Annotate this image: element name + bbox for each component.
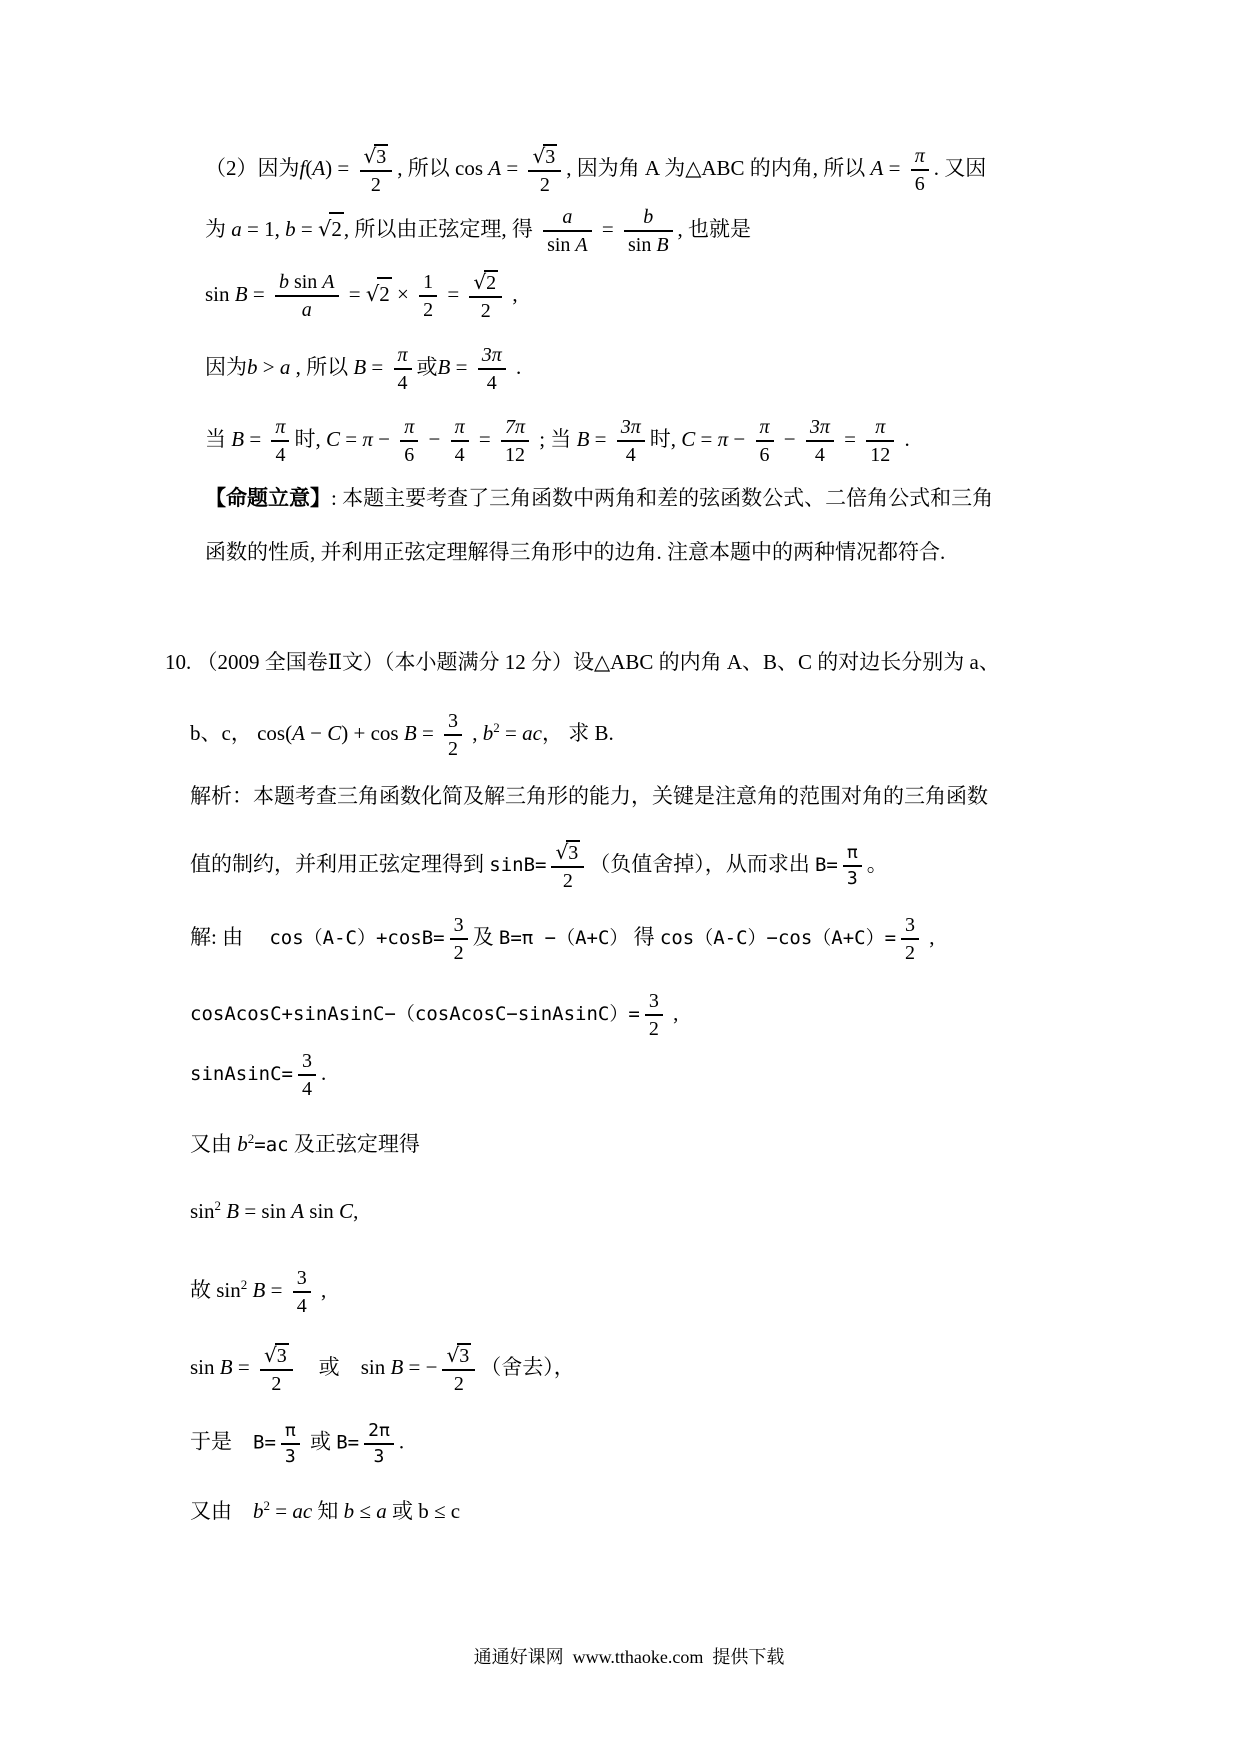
sqrt-expression: √3 bbox=[264, 1345, 289, 1367]
text-segment: 值的制约，并利用正弦定理得到 bbox=[190, 852, 489, 876]
fraction: π6 bbox=[400, 415, 418, 467]
text-segment: , bbox=[353, 1199, 358, 1223]
sqrt-expression: √3 bbox=[532, 146, 557, 168]
text-segment: . bbox=[511, 355, 522, 379]
text-segment: = bbox=[233, 1355, 255, 1379]
fraction: π6 bbox=[756, 415, 774, 467]
fraction-numerator: 3 bbox=[298, 1049, 316, 1074]
text-segment: A bbox=[312, 156, 325, 180]
text-segment: sin bbox=[216, 1278, 241, 1302]
text-segment: b ≤ c bbox=[418, 1499, 460, 1523]
text-segment: , 所以 bbox=[290, 355, 353, 379]
text-segment: sin bbox=[190, 1355, 220, 1379]
fraction: 3π4 bbox=[478, 343, 506, 395]
text-segment: ac bbox=[522, 721, 542, 745]
text-segment: A bbox=[871, 156, 884, 180]
text-segment: = bbox=[248, 282, 270, 306]
text-segment: 及正弦定理得 bbox=[289, 1132, 420, 1156]
text-segment: 时, bbox=[650, 427, 682, 451]
text-segment: B bbox=[656, 234, 668, 256]
text-segment: b bbox=[279, 271, 289, 293]
fraction: √32 bbox=[260, 1342, 293, 1396]
text-segment: cos（A-C）+cosB= bbox=[269, 927, 444, 949]
fraction-numerator: π bbox=[394, 343, 412, 368]
radicand: 3 bbox=[374, 144, 388, 168]
fraction: b sin Aa bbox=[275, 270, 339, 322]
text-segment: = bbox=[417, 721, 439, 745]
text-segment: b bbox=[344, 1499, 355, 1523]
text-segment: C bbox=[681, 427, 695, 451]
text-segment: 又由 bbox=[190, 1132, 237, 1156]
text-segment: 当 bbox=[205, 427, 231, 451]
fraction-numerator: 3π bbox=[478, 343, 506, 368]
document-line: 因为b > a , 所以 B = π4或B = 3π4 . bbox=[205, 343, 1120, 395]
text-segment: 知 bbox=[312, 1499, 344, 1523]
fraction-denominator: 4 bbox=[451, 442, 469, 467]
radicand: 3 bbox=[275, 1343, 289, 1367]
fraction-numerator: √2 bbox=[469, 269, 502, 296]
document-line: （2）因为f(A) = √32, 所以 cos A = √32, 因为角 A 为… bbox=[205, 143, 1120, 197]
fraction: 3π4 bbox=[617, 415, 645, 467]
fraction: 7π12 bbox=[501, 415, 529, 467]
fraction-numerator: √3 bbox=[442, 1342, 475, 1369]
text-segment: a bbox=[562, 206, 572, 228]
text-segment: A bbox=[291, 1199, 304, 1223]
text-segment: B= bbox=[815, 854, 838, 876]
text-segment: ≤ bbox=[354, 1499, 376, 1523]
document-line: 解: 由 cos（A-C）+cosB=32及 B=π −（A+C） 得 cos（… bbox=[190, 913, 1120, 965]
fraction: √32 bbox=[360, 143, 393, 197]
text-segment: b bbox=[253, 1499, 264, 1523]
text-segment: , bbox=[507, 282, 518, 306]
text-segment: cos（A-C）−cos（A+C）= bbox=[660, 927, 896, 949]
fraction-denominator: 2 bbox=[645, 1016, 663, 1041]
text-segment: cos bbox=[455, 156, 488, 180]
fraction-denominator: 4 bbox=[622, 442, 640, 467]
text-segment: , bbox=[924, 925, 935, 949]
fraction-denominator: 2 bbox=[367, 172, 385, 197]
fraction-numerator: π bbox=[281, 1420, 300, 1443]
text-segment: sin bbox=[289, 271, 322, 293]
text-segment: , 也就是 bbox=[678, 217, 752, 241]
text-segment: a bbox=[280, 355, 291, 379]
fraction-denominator: 4 bbox=[298, 1076, 316, 1101]
text-segment: 10. （2009 全国卷Ⅱ文）（本小题满分 12 分）设△ABC 的内角 A、… bbox=[165, 650, 1000, 674]
sqrt-expression: √3 bbox=[446, 1345, 471, 1367]
text-segment: = bbox=[340, 427, 362, 451]
fraction: √22 bbox=[469, 269, 502, 323]
document-line: 解析：本题考查三角函数化简及解三角形的能力，关键是注意角的范围对角的三角函数 bbox=[190, 781, 1120, 811]
fraction-denominator: 4 bbox=[271, 442, 289, 467]
text-segment: = bbox=[501, 156, 523, 180]
fraction-numerator: 3 bbox=[450, 913, 468, 938]
fraction-denominator: 3 bbox=[843, 867, 862, 890]
text-segment: 为 bbox=[205, 217, 231, 241]
text-segment: ; 当 bbox=[534, 427, 577, 451]
fraction-denominator: 2 bbox=[450, 940, 468, 965]
text-segment: × bbox=[392, 282, 414, 306]
fraction-numerator: 1 bbox=[419, 270, 437, 295]
fraction-denominator: 2 bbox=[477, 298, 495, 323]
fraction: 32 bbox=[901, 913, 919, 965]
radicand: 2 bbox=[377, 277, 392, 309]
document-line: sin2 B = sin A sin C, bbox=[190, 1196, 1120, 1226]
fraction-denominator: 6 bbox=[911, 171, 929, 196]
text-segment: = 1, bbox=[242, 217, 285, 241]
text-segment: sin bbox=[628, 234, 656, 256]
fraction-denominator: 2 bbox=[536, 172, 554, 197]
text-segment: = bbox=[244, 427, 266, 451]
text-segment: = bbox=[366, 355, 388, 379]
document-page: （2）因为f(A) = √32, 所以 cos A = √32, 因为角 A 为… bbox=[0, 0, 1240, 1754]
fraction-denominator: 6 bbox=[756, 442, 774, 467]
fraction-denominator: 12 bbox=[501, 442, 529, 467]
text-segment: a bbox=[302, 299, 312, 321]
text-segment: B bbox=[221, 1199, 239, 1223]
fraction-denominator: a bbox=[298, 297, 316, 322]
radicand: 2 bbox=[484, 270, 498, 294]
radicand: 2 bbox=[329, 212, 344, 244]
footer-text: 通通好课网 www.tthaoke.com 提供下载 bbox=[474, 1647, 785, 1667]
fraction-numerator: 3 bbox=[293, 1266, 311, 1291]
text-segment: = bbox=[695, 427, 717, 451]
emphasis-text: 【命题立意】 bbox=[205, 486, 331, 510]
text-segment: − bbox=[373, 427, 395, 451]
fraction: bsin B bbox=[624, 205, 673, 257]
text-segment: , bbox=[668, 1001, 679, 1025]
text-segment: ac bbox=[292, 1499, 312, 1523]
document-line: sin B = b sin Aa = √2 × 12 = √22 , bbox=[205, 269, 1120, 323]
fraction-numerator: b sin A bbox=[275, 270, 339, 295]
fraction: π3 bbox=[281, 1420, 300, 1468]
sqrt-expression: √2 bbox=[318, 217, 344, 241]
fraction: π4 bbox=[394, 343, 412, 395]
document-line: sin B = √32 或 sin B = −√32（舍去）， bbox=[190, 1342, 1120, 1396]
text-segment: 函数的性质, 并利用正弦定理解得三角形中的边角. 注意本题中的两种情况都符合. bbox=[205, 540, 945, 564]
text-segment: = bbox=[500, 721, 522, 745]
text-segment: B=π −（A+C） bbox=[499, 927, 629, 949]
fraction-numerator: a bbox=[558, 205, 576, 230]
fraction-numerator: π bbox=[400, 415, 418, 440]
text-segment: B bbox=[353, 355, 366, 379]
fraction: 12 bbox=[419, 270, 437, 322]
text-segment: a bbox=[231, 217, 242, 241]
text-segment: , 所以 bbox=[397, 156, 455, 180]
text-segment: sin bbox=[361, 1355, 391, 1379]
fraction-numerator: √3 bbox=[360, 143, 393, 170]
text-segment: − bbox=[305, 721, 327, 745]
text-segment: ) + cos bbox=[341, 721, 404, 745]
text-segment: C bbox=[339, 1199, 353, 1223]
text-segment: =ac bbox=[254, 1134, 288, 1156]
document-line: 【命题立意】: 本题主要考查了三角函数中两角和差的弦函数公式、二倍角公式和三角 bbox=[205, 483, 1120, 513]
fraction: 34 bbox=[298, 1049, 316, 1101]
text-segment: cos( bbox=[257, 721, 292, 745]
text-segment: = bbox=[265, 1278, 287, 1302]
fraction-denominator: 12 bbox=[866, 442, 894, 467]
fraction-denominator: 6 bbox=[400, 442, 418, 467]
sqrt-expression: √2 bbox=[473, 272, 498, 294]
text-segment: cosAcosC+sinAsinC−（cosAcosC−sinAsinC）= bbox=[190, 1003, 640, 1025]
sqrt-expression: √3 bbox=[555, 842, 580, 864]
document-line: 10. （2009 全国卷Ⅱ文）（本小题满分 12 分）设△ABC 的内角 A、… bbox=[165, 647, 1120, 677]
fraction-numerator: π bbox=[271, 415, 289, 440]
fraction-denominator: 3 bbox=[370, 1445, 389, 1468]
text-segment: sin bbox=[190, 1199, 215, 1223]
text-segment: b、c， bbox=[190, 721, 257, 745]
fraction: asin A bbox=[543, 205, 592, 257]
text-segment: = bbox=[270, 1499, 292, 1523]
document-line: 为 a = 1, b = √2, 所以由正弦定理, 得 asin A = bsi… bbox=[205, 205, 1120, 257]
fraction-denominator: 4 bbox=[811, 442, 829, 467]
fraction-denominator: 2 bbox=[419, 297, 437, 322]
text-segment: 于是 bbox=[190, 1430, 253, 1454]
document-line: 故 sin2 B = 34 , bbox=[190, 1266, 1120, 1318]
fraction: π3 bbox=[843, 842, 862, 890]
fraction-numerator: π bbox=[451, 415, 469, 440]
text-segment: = bbox=[597, 217, 619, 241]
fraction-denominator: sin B bbox=[624, 232, 673, 257]
fraction: 3π4 bbox=[806, 415, 834, 467]
text-segment: B bbox=[247, 1278, 265, 1302]
document-line: 函数的性质, 并利用正弦定理解得三角形中的边角. 注意本题中的两种情况都符合. bbox=[205, 537, 1120, 567]
fraction: 32 bbox=[450, 913, 468, 965]
text-segment: = bbox=[442, 282, 464, 306]
text-segment: b bbox=[285, 217, 296, 241]
text-segment: A bbox=[292, 721, 305, 745]
text-segment: . bbox=[321, 1061, 326, 1085]
fraction: √32 bbox=[528, 143, 561, 197]
document-line: 于是 B=π3 或 B=2π3. bbox=[190, 1420, 1120, 1468]
fraction-numerator: 3π bbox=[806, 415, 834, 440]
text-segment: − bbox=[728, 427, 750, 451]
fraction-numerator: √3 bbox=[260, 1342, 293, 1369]
text-segment: , bbox=[316, 1278, 327, 1302]
text-segment: B= bbox=[336, 1432, 359, 1454]
text-segment: ， 求 B. bbox=[542, 721, 614, 745]
text-segment: （2）因为 bbox=[205, 156, 300, 180]
fraction-denominator: 3 bbox=[281, 1445, 300, 1468]
text-segment: 解析：本题考查三角函数化简及解三角形的能力，关键是注意角的范围对角的三角函数 bbox=[190, 784, 988, 808]
fraction: 32 bbox=[645, 989, 663, 1041]
document-line: cosAcosC+sinAsinC−（cosAcosC−sinAsinC）=32… bbox=[190, 989, 1120, 1041]
text-segment: = bbox=[344, 282, 366, 306]
text-segment: C bbox=[326, 427, 340, 451]
radicand: 3 bbox=[457, 1343, 471, 1367]
fraction-denominator: 2 bbox=[450, 1371, 468, 1396]
document-line: b、c， cos(A − C) + cos B = 32 , b2 = ac， … bbox=[190, 709, 1120, 761]
fraction-numerator: π bbox=[871, 415, 889, 440]
text-segment: sin bbox=[205, 282, 235, 306]
text-segment: 解: 由 bbox=[190, 925, 269, 949]
fraction-numerator: π bbox=[843, 842, 862, 865]
text-segment: 时, bbox=[294, 427, 326, 451]
fraction-numerator: 2π bbox=[364, 1420, 394, 1443]
document-line: 又由 b2 = ac 知 b ≤ a 或 b ≤ c bbox=[190, 1496, 1120, 1526]
text-segment: C bbox=[327, 721, 341, 745]
fraction-denominator: 4 bbox=[293, 1293, 311, 1318]
fraction-numerator: 3 bbox=[444, 709, 462, 734]
text-segment: > bbox=[258, 355, 280, 379]
fraction-numerator: 3 bbox=[645, 989, 663, 1014]
text-segment: sin bbox=[547, 234, 575, 256]
text-segment: B bbox=[438, 355, 451, 379]
fraction-numerator: 3 bbox=[901, 913, 919, 938]
fraction-numerator: √3 bbox=[528, 143, 561, 170]
text-segment: : 本题主要考查了三角函数中两角和差的弦函数公式、二倍角公式和三角 bbox=[331, 486, 993, 510]
text-segment: − bbox=[779, 427, 801, 451]
text-segment: B bbox=[577, 427, 590, 451]
text-segment: , 所以由正弦定理, 得 bbox=[344, 217, 538, 241]
fraction: 2π3 bbox=[364, 1420, 394, 1468]
fraction: 32 bbox=[444, 709, 462, 761]
text-segment: , bbox=[467, 721, 483, 745]
fraction: √32 bbox=[442, 1342, 475, 1396]
text-segment: . 又因 bbox=[934, 156, 987, 180]
fraction: √32 bbox=[551, 839, 584, 893]
text-segment: 及 bbox=[473, 925, 499, 949]
text-segment: B bbox=[235, 282, 248, 306]
document-line: 当 B = π4时, C = π − π6 − π4 = 7π12 ; 当 B … bbox=[205, 415, 1120, 467]
text-segment: . bbox=[899, 427, 910, 451]
text-segment: π bbox=[362, 427, 373, 451]
text-segment: 。 bbox=[867, 852, 888, 876]
text-segment: b bbox=[483, 721, 494, 745]
text-segment: B= bbox=[253, 1432, 276, 1454]
text-segment: B bbox=[404, 721, 417, 745]
text-segment: a bbox=[376, 1499, 387, 1523]
document-line: 值的制约，并利用正弦定理得到 sinB=√32（负值舍掉），从而求出 B=π3。 bbox=[190, 839, 1120, 893]
text-segment: 因为 bbox=[205, 355, 247, 379]
text-segment: 故 bbox=[190, 1278, 216, 1302]
text-segment: = sin bbox=[239, 1199, 291, 1223]
fraction: π6 bbox=[911, 144, 929, 196]
text-segment: B bbox=[220, 1355, 233, 1379]
fraction-denominator: 2 bbox=[559, 868, 577, 893]
fraction-numerator: b bbox=[639, 205, 657, 230]
fraction: 34 bbox=[293, 1266, 311, 1318]
fraction-numerator: π bbox=[756, 415, 774, 440]
fraction: π4 bbox=[451, 415, 469, 467]
text-segment: 得 bbox=[628, 925, 660, 949]
fraction-denominator: 2 bbox=[267, 1371, 285, 1396]
text-segment: = bbox=[589, 427, 611, 451]
text-segment: sinB= bbox=[489, 854, 546, 876]
sqrt-expression: √2 bbox=[366, 282, 392, 306]
text-segment: A bbox=[488, 156, 501, 180]
text-segment: . bbox=[399, 1430, 404, 1454]
fraction-numerator: √3 bbox=[551, 839, 584, 866]
fraction-denominator: sin A bbox=[543, 232, 592, 257]
fraction-numerator: 3π bbox=[617, 415, 645, 440]
text-segment: A bbox=[322, 271, 334, 293]
document-line: 又由 b2=ac 及正弦定理得 bbox=[190, 1129, 1120, 1160]
fraction-denominator: 2 bbox=[901, 940, 919, 965]
fraction-denominator: 2 bbox=[444, 736, 462, 761]
text-segment: ) = bbox=[325, 156, 354, 180]
text-segment: 又由 bbox=[190, 1499, 253, 1523]
fraction-denominator: 4 bbox=[394, 370, 412, 395]
text-segment: sin bbox=[304, 1199, 339, 1223]
text-segment: 或 bbox=[387, 1499, 419, 1523]
fraction-numerator: π bbox=[911, 144, 929, 169]
text-segment: , 因为角 A 为△ABC 的内角, 所以 bbox=[566, 156, 870, 180]
text-segment: （负值舍掉），从而求出 bbox=[589, 852, 815, 876]
text-segment: 或 bbox=[305, 1430, 337, 1454]
text-segment: 或 bbox=[298, 1355, 361, 1379]
text-segment: b bbox=[643, 206, 653, 228]
fraction-denominator: 4 bbox=[483, 370, 501, 395]
text-segment: − bbox=[423, 427, 445, 451]
text-segment: = bbox=[883, 156, 905, 180]
radicand: 3 bbox=[566, 840, 580, 864]
text-segment: = bbox=[450, 355, 472, 379]
text-segment: B bbox=[390, 1355, 403, 1379]
text-segment: = bbox=[296, 217, 318, 241]
text-segment: b bbox=[237, 1132, 248, 1156]
sqrt-expression: √3 bbox=[364, 146, 389, 168]
fraction: π4 bbox=[271, 415, 289, 467]
text-segment: 或 bbox=[417, 355, 438, 379]
fraction-numerator: 7π bbox=[501, 415, 529, 440]
text-segment: sinAsinC= bbox=[190, 1063, 293, 1085]
fraction: π12 bbox=[866, 415, 894, 467]
text-segment: A bbox=[575, 234, 587, 256]
text-segment: b bbox=[247, 355, 258, 379]
page-footer: 通通好课网 www.tthaoke.com 提供下载 bbox=[0, 1622, 1240, 1690]
radicand: 3 bbox=[543, 144, 557, 168]
text-segment: B bbox=[231, 427, 244, 451]
text-segment: （舍去）， bbox=[480, 1355, 575, 1379]
document-content: （2）因为f(A) = √32, 所以 cos A = √32, 因为角 A 为… bbox=[165, 143, 1120, 1526]
text-segment: = bbox=[839, 427, 861, 451]
text-segment: = − bbox=[403, 1355, 437, 1379]
text-segment: = bbox=[474, 427, 496, 451]
text-segment: π bbox=[718, 427, 729, 451]
document-line: sinAsinC=34. bbox=[190, 1049, 1120, 1101]
